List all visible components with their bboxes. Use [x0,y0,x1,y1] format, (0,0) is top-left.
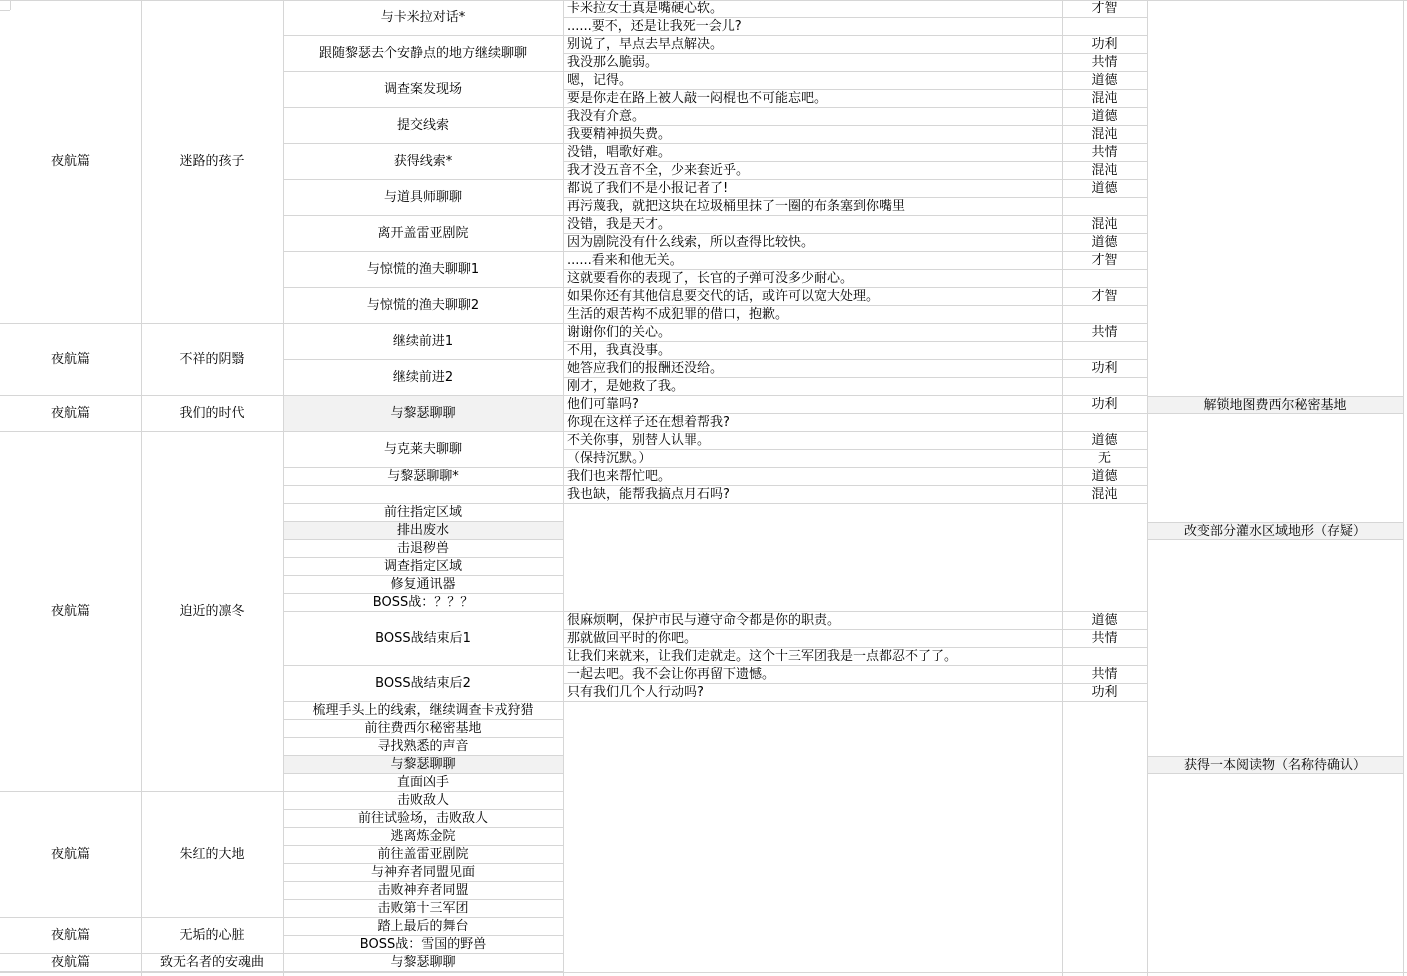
tag-cell-text: 功利 [1091,36,1117,53]
tag-cell-text: 才智 [1091,252,1117,269]
task-cell[interactable]: 与惊慌的渔夫聊聊2 [283,288,563,324]
dialogue-cell[interactable]: 刚才，是她救了我。 [563,378,1062,396]
tag-cell[interactable]: 才智 [1062,288,1147,306]
dialogue-cell-text: 很麻烦啊，保护市民与遵守命令都是你的职责。 [567,612,840,629]
dialogue-empty-cell[interactable] [563,504,1062,612]
tag-cell[interactable]: 功利 [1062,360,1147,378]
dialogue-cell[interactable]: 你现在这样子还在想着帮我? [563,414,1062,432]
dialogue-cell[interactable]: 我没有介意。 [563,108,1062,126]
dialogue-cell[interactable]: 他们可靠吗? [563,396,1062,414]
task-cell[interactable]: 逃离炼金院 [283,828,563,846]
quest-cell[interactable]: 致无名者的安魂曲 [141,954,283,972]
tag-cell[interactable]: 道德 [1062,432,1147,450]
task-cell-text: 继续前进2 [393,369,453,386]
dialogue-cell-text: 都说了我们不是小报记者了! [567,180,728,197]
quest-cell-text: 迫近的凛冬 [179,603,244,620]
dialogue-cell[interactable]: 一起去吧。我不会让你再留下遗憾。 [563,666,1062,684]
dialogue-cell-text: 这就要看你的表现了，长官的子弹可没多少耐心。 [567,270,853,287]
task-cell[interactable]: 直面凶手 [283,774,563,792]
quest-cell-text: 朱红的大地 [179,846,244,863]
task-cell-text: 击退秽兽 [397,540,449,557]
note-cell[interactable]: 改变部分灌水区域地形（存疑） [1147,522,1403,540]
tag-cell-text: 功利 [1091,360,1117,377]
task-cell-text: BOSS战：雪国的野兽 [360,936,486,953]
quest-spreadsheet: 夜航篇夜航篇夜航篇夜航篇夜航篇夜航篇夜航篇迷路的孩子不祥的阴翳我们的时代迫近的凛… [0,0,1407,976]
tag-cell[interactable] [1062,648,1147,666]
dialogue-cell[interactable]: 如果你还有其他信息要交代的话，或许可以宽大处理。 [563,288,1062,306]
tag-cell-text: 混沌 [1091,216,1117,233]
task-cell-text: 修复通讯器 [390,576,455,593]
dialogue-cell[interactable]: 嗯，记得。 [563,72,1062,90]
tag-cell-text: 混沌 [1091,162,1117,179]
task-cell-text: 离开盖雷亚剧院 [377,225,468,242]
task-cell-text: 与黎瑟聊聊 [390,954,455,971]
task-cell-text: BOSS战：？？？ [373,594,473,611]
quest-cell[interactable]: 迫近的凛冬 [141,432,283,792]
task-cell[interactable]: 提交线索 [283,108,563,144]
tag-cell[interactable]: 才智 [1062,252,1147,270]
task-cell-text: 排出废水 [397,522,449,539]
tag-cell-text: 道德 [1091,234,1117,251]
dialogue-cell[interactable]: 要是你走在路上被人敲一闷棍也不可能忘吧。 [563,90,1062,108]
task-cell[interactable]: 前往指定区域 [283,504,563,522]
dialogue-cell[interactable]: 我没那么脆弱。 [563,54,1062,72]
tag-cell[interactable] [1062,306,1147,324]
task-cell[interactable]: 与黎瑟聊聊 [283,396,563,432]
dialogue-cell[interactable]: 让我们来就来，让我们走就走。这个十三军团我是一点都忍不了了。 [563,648,1062,666]
gridline-horizontal [0,972,1407,973]
quest-cell[interactable]: 朱红的大地 [141,792,283,918]
dialogue-cell[interactable]: 没错，我是天才。 [563,216,1062,234]
tag-cell[interactable]: 才智 [1062,0,1147,18]
dialogue-cell-text: 谢谢你们的关心。 [567,324,671,341]
task-cell[interactable]: 前往试验场，击败敌人 [283,810,563,828]
task-cell[interactable]: 跟随黎瑟去个安静点的地方继续聊聊 [283,36,563,72]
task-cell[interactable]: 击败神弃者同盟 [283,882,563,900]
quest-cell-text: 无垢的心脏 [179,927,244,944]
tag-cell[interactable]: 功利 [1062,684,1147,702]
dialogue-cell-text: 我要精神损失费。 [567,126,671,143]
tag-cell[interactable]: 混沌 [1062,216,1147,234]
tag-cell-text: 共情 [1091,144,1117,161]
chapter-cell-text: 夜航篇 [51,603,90,620]
tag-cell[interactable]: 道德 [1062,72,1147,90]
chapter-cell-text: 夜航篇 [51,351,90,368]
dialogue-cell[interactable]: 都说了我们不是小报记者了! [563,180,1062,198]
task-cell-text: 梳理手头上的线索，继续调查卡戎狩猎 [312,702,533,719]
dialogue-cell[interactable]: 不用，我真没事。 [563,342,1062,360]
task-cell-text: 提交线索 [397,117,449,134]
dialogue-cell-text: 他们可靠吗? [567,396,639,413]
tag-cell[interactable]: 共情 [1062,324,1147,342]
tag-cell[interactable]: 道德 [1062,108,1147,126]
chapter-cell-text: 夜航篇 [51,846,90,863]
tag-cell[interactable] [1062,270,1147,288]
task-cell-text: 与黎瑟聊聊* [387,468,459,485]
chapter-cell-text: 夜航篇 [51,153,90,170]
task-cell[interactable]: 梳理手头上的线索，继续调查卡戎狩猎 [283,702,563,720]
dialogue-cell-text: 我没有介意。 [567,108,645,125]
tag-cell[interactable]: 共情 [1062,666,1147,684]
chapter-cell-text: 夜航篇 [51,927,90,944]
task-cell-text: 与卡米拉对话* [381,9,466,26]
dialogue-cell[interactable]: 别说了，早点去早点解决。 [563,36,1062,54]
dialogue-cell-text: 再污蔑我，就把这块在垃圾桶里抹了一圈的布条塞到你嘴里 [567,198,905,215]
task-cell[interactable]: 调查指定区域 [283,558,563,576]
quest-cell-text: 迷路的孩子 [179,153,244,170]
dialogue-cell[interactable]: 她答应我们的报酬还没给。 [563,360,1062,378]
tag-cell-text: 功利 [1091,684,1117,701]
chapter-cell[interactable]: 夜航篇 [0,792,141,918]
note-cell[interactable]: 获得一本阅读物（名称待确认） [1147,756,1403,774]
dialogue-cell-text: 因为剧院没有什么线索，所以查得比较快。 [567,234,814,251]
task-cell[interactable]: 与惊慌的渔夫聊聊1 [283,252,563,288]
dialogue-cell-text: ......要不，还是让我死一会儿? [567,18,742,35]
dialogue-cell[interactable]: 很麻烦啊，保护市民与遵守命令都是你的职责。 [563,612,1062,630]
note-cell-text: 解锁地图费西尔秘密基地 [1203,397,1346,414]
tag-cell[interactable]: 道德 [1062,234,1147,252]
tag-cell-text: 共情 [1091,666,1117,683]
tag-cell-text: 混沌 [1091,126,1117,143]
dialogue-cell[interactable]: ......看来和他无关。 [563,252,1062,270]
tag-cell[interactable] [1062,378,1147,396]
task-cell[interactable]: 修复通讯器 [283,576,563,594]
dialogue-cell-text: 只有我们几个人行动吗? [567,684,704,701]
tag-cell-text: 才智 [1091,288,1117,305]
dialogue-cell[interactable]: 卡米拉女士真是嘴硬心软。 [563,0,1062,18]
task-cell[interactable]: 与神弃者同盟见面 [283,864,563,882]
task-cell[interactable]: 与黎瑟聊聊* [283,468,563,486]
dialogue-cell-text: 卡米拉女士真是嘴硬心软。 [567,0,723,17]
task-cell-text: 逃离炼金院 [390,828,455,845]
tag-cell-text: 道德 [1091,180,1117,197]
tag-cell[interactable]: 混沌 [1062,162,1147,180]
tag-cell[interactable]: 功利 [1062,396,1147,414]
dialogue-cell-text: 不关你事，别替人认罪。 [567,432,710,449]
task-cell[interactable]: 与黎瑟聊聊 [283,954,563,972]
task-cell[interactable]: 寻找熟悉的声音 [283,738,563,756]
chapter-cell[interactable]: 夜航篇 [0,396,141,432]
task-cell[interactable]: 排出废水 [283,522,563,540]
dialogue-cell-text: （保持沉默。） [567,450,652,467]
dialogue-cell-text: 生活的艰苦构不成犯罪的借口，抱歉。 [567,306,788,323]
tag-cell[interactable]: 道德 [1062,612,1147,630]
quest-cell-text: 我们的时代 [179,405,244,422]
chapter-cell[interactable]: 夜航篇 [0,0,141,324]
dialogue-cell[interactable]: 再污蔑我，就把这块在垃圾桶里抹了一圈的布条塞到你嘴里 [563,198,1062,216]
task-cell[interactable]: 前往盖雷亚剧院 [283,846,563,864]
dialogue-cell-text: ......看来和他无关。 [567,252,683,269]
gridline-vertical [563,0,564,976]
tag-cell[interactable]: 混沌 [1062,90,1147,108]
tag-cell[interactable] [1062,342,1147,360]
quest-cell[interactable]: 无垢的心脏 [141,918,283,954]
dialogue-cell[interactable]: 那就做回平时的你吧。 [563,630,1062,648]
dialogue-cell[interactable]: 我们也来帮忙吧。 [563,468,1062,486]
dialogue-cell-text: 没错，唱歌好难。 [567,144,671,161]
tag-cell[interactable]: 共情 [1062,630,1147,648]
task-cell[interactable]: BOSS战结束后2 [283,666,563,702]
task-cell-text: 前往盖雷亚剧院 [377,846,468,863]
tag-cell[interactable]: 混沌 [1062,126,1147,144]
task-cell[interactable] [283,486,563,504]
task-cell-text: 击败敌人 [397,792,449,809]
task-cell-text: 与克莱夫聊聊 [384,441,462,458]
chapter-cell-text: 夜航篇 [51,405,90,422]
tag-cell[interactable] [1062,414,1147,432]
tag-cell-text: 共情 [1091,324,1117,341]
dialogue-cell-text: 让我们来就来，让我们走就走。这个十三军团我是一点都忍不了了。 [567,648,957,665]
task-cell-text: 寻找熟悉的声音 [377,738,468,755]
dialogue-cell-text: 嗯，记得。 [567,72,632,89]
tag-cell[interactable] [1062,198,1147,216]
gridline-horizontal [0,10,10,11]
gridline-vertical [10,0,11,10]
tag-cell[interactable]: 共情 [1062,144,1147,162]
dialogue-cell-text: 我们也来帮忙吧。 [567,468,671,485]
quest-cell-text: 致无名者的安魂曲 [160,954,264,971]
task-cell[interactable]: 与克莱夫聊聊 [283,432,563,468]
dialogue-cell[interactable]: 不关你事，别替人认罪。 [563,432,1062,450]
gridline-vertical [283,0,284,976]
task-cell-text: 前往试验场，击败敌人 [358,810,488,827]
chapter-cell[interactable]: 夜航篇 [0,324,141,396]
tag-cell-text: 道德 [1091,72,1117,89]
dialogue-cell-text: 不用，我真没事。 [567,342,671,359]
dialogue-cell[interactable]: 谢谢你们的关心。 [563,324,1062,342]
task-cell[interactable]: BOSS战结束后1 [283,612,563,666]
dialogue-cell-text: 我才没五音不全，少来套近乎。 [567,162,749,179]
task-cell[interactable]: BOSS战：？？？ [283,594,563,612]
chapter-cell[interactable]: 夜航篇 [0,954,141,972]
task-cell-text: BOSS战结束后1 [375,630,471,647]
tag-cell[interactable]: 无 [1062,450,1147,468]
note-cell[interactable]: 解锁地图费西尔秘密基地 [1147,396,1403,414]
task-cell[interactable]: 继续前进1 [283,324,563,360]
tag-cell-text: 共情 [1091,630,1117,647]
task-cell-text: 前往费西尔秘密基地 [364,720,481,737]
task-cell[interactable]: 击败敌人 [283,792,563,810]
tag-cell[interactable]: 功利 [1062,36,1147,54]
quest-cell[interactable]: 不祥的阴翳 [141,324,283,396]
dialogue-cell-text: 我没那么脆弱。 [567,54,658,71]
tag-cell[interactable]: 道德 [1062,180,1147,198]
quest-cell[interactable]: 迷路的孩子 [141,0,283,324]
tag-cell-text: 道德 [1091,432,1117,449]
dialogue-cell[interactable]: 我才没五音不全，少来套近乎。 [563,162,1062,180]
tag-cell-text: 混沌 [1091,486,1117,503]
dialogue-cell-text: 要是你走在路上被人敲一闷棍也不可能忘吧。 [567,90,827,107]
task-cell[interactable]: 调查案发现场 [283,72,563,108]
dialogue-cell[interactable]: 我要精神损失费。 [563,126,1062,144]
tag-cell[interactable] [1062,18,1147,36]
dialogue-cell-text: 没错，我是天才。 [567,216,671,233]
note-cell-text: 获得一本阅读物（名称待确认） [1184,757,1366,774]
dialogue-cell-text: 如果你还有其他信息要交代的话，或许可以宽大处理。 [567,288,879,305]
gridline-vertical [141,0,142,976]
task-cell[interactable]: 踏上最后的舞台 [283,918,563,936]
task-cell[interactable]: 击退秽兽 [283,540,563,558]
note-cell-text: 改变部分灌水区域地形（存疑） [1184,523,1366,540]
gridline-horizontal [0,0,1407,1]
tag-cell[interactable]: 混沌 [1062,486,1147,504]
task-cell-text: 与黎瑟聊聊 [390,756,455,773]
dialogue-cell-text: 别说了，早点去早点解决。 [567,36,723,53]
task-cell[interactable]: 获得线索* [283,144,563,180]
tag-cell-text: 无 [1098,450,1111,467]
task-cell[interactable]: 与道具师聊聊 [283,180,563,216]
task-cell[interactable]: 与卡米拉对话* [283,0,563,36]
task-cell-text: BOSS战结束后2 [375,675,471,692]
tag-cell-text: 道德 [1091,612,1117,629]
dialogue-cell[interactable]: 我也缺，能帮我搞点月石吗? [563,486,1062,504]
dialogue-cell-text: 我也缺，能帮我搞点月石吗? [567,486,730,503]
task-cell-text: 与黎瑟聊聊 [390,405,455,422]
task-cell-text: 击败神弃者同盟 [377,882,468,899]
dialogue-cell-text: 刚才，是她救了我。 [567,378,684,395]
dialogue-cell[interactable]: ......要不，还是让我死一会儿? [563,18,1062,36]
task-cell-text: 直面凶手 [397,774,449,791]
task-cell-text: 与神弃者同盟见面 [371,864,475,881]
tag-cell-text: 共情 [1091,54,1117,71]
dialogue-cell[interactable]: 只有我们几个人行动吗? [563,684,1062,702]
task-cell[interactable]: 离开盖雷亚剧院 [283,216,563,252]
quest-cell[interactable]: 我们的时代 [141,396,283,432]
task-cell[interactable]: 与黎瑟聊聊 [283,756,563,774]
task-cell-text: 继续前进1 [393,333,453,350]
task-cell[interactable]: 继续前进2 [283,360,563,396]
task-cell-text: 与惊慌的渔夫聊聊1 [367,261,479,278]
chapter-cell[interactable]: 夜航篇 [0,432,141,792]
task-cell-text: 调查指定区域 [384,558,462,575]
quest-cell-text: 不祥的阴翳 [179,351,244,368]
dialogue-cell[interactable]: 这就要看你的表现了，长官的子弹可没多少耐心。 [563,270,1062,288]
task-cell-text: 击败第十三军团 [377,900,468,917]
gridline-vertical [1147,0,1148,976]
task-cell-text: 与惊慌的渔夫聊聊2 [367,297,479,314]
task-cell-text: 踏上最后的舞台 [377,918,468,935]
task-cell-text: 与道具师聊聊 [384,189,462,206]
dialogue-cell[interactable]: 生活的艰苦构不成犯罪的借口，抱歉。 [563,306,1062,324]
task-cell[interactable]: 击败第十三军团 [283,900,563,918]
tag-empty-cell[interactable] [1062,504,1147,612]
dialogue-cell-text: 一起去吧。我不会让你再留下遗憾。 [567,666,775,683]
dialogue-cell-text: 她答应我们的报酬还没给。 [567,360,723,377]
dialogue-cell[interactable]: 因为剧院没有什么线索，所以查得比较快。 [563,234,1062,252]
dialogue-cell[interactable]: （保持沉默。） [563,450,1062,468]
task-cell-text: 跟随黎瑟去个安静点的地方继续聊聊 [319,45,527,62]
chapter-cell[interactable]: 夜航篇 [0,918,141,954]
tag-cell-text: 道德 [1091,108,1117,125]
task-cell[interactable]: BOSS战：雪国的野兽 [283,936,563,954]
chapter-cell-text: 夜航篇 [51,954,90,971]
task-cell-text: 前往指定区域 [384,504,462,521]
dialogue-cell-text: 那就做回平时的你吧。 [567,630,697,647]
tag-cell-text: 功利 [1091,396,1117,413]
dialogue-cell[interactable]: 没错，唱歌好难。 [563,144,1062,162]
dialogue-cell-text: 你现在这样子还在想着帮我? [567,414,730,431]
tag-cell[interactable]: 道德 [1062,468,1147,486]
tag-cell[interactable]: 共情 [1062,54,1147,72]
tag-cell-text: 才智 [1091,0,1117,17]
gridline-vertical [1403,0,1404,976]
tag-cell-text: 道德 [1091,468,1117,485]
task-cell-text: 调查案发现场 [384,81,462,98]
task-cell[interactable]: 前往费西尔秘密基地 [283,720,563,738]
task-cell-text: 获得线索* [394,153,453,170]
tag-cell-text: 混沌 [1091,90,1117,107]
gridline-vertical [1062,0,1063,976]
